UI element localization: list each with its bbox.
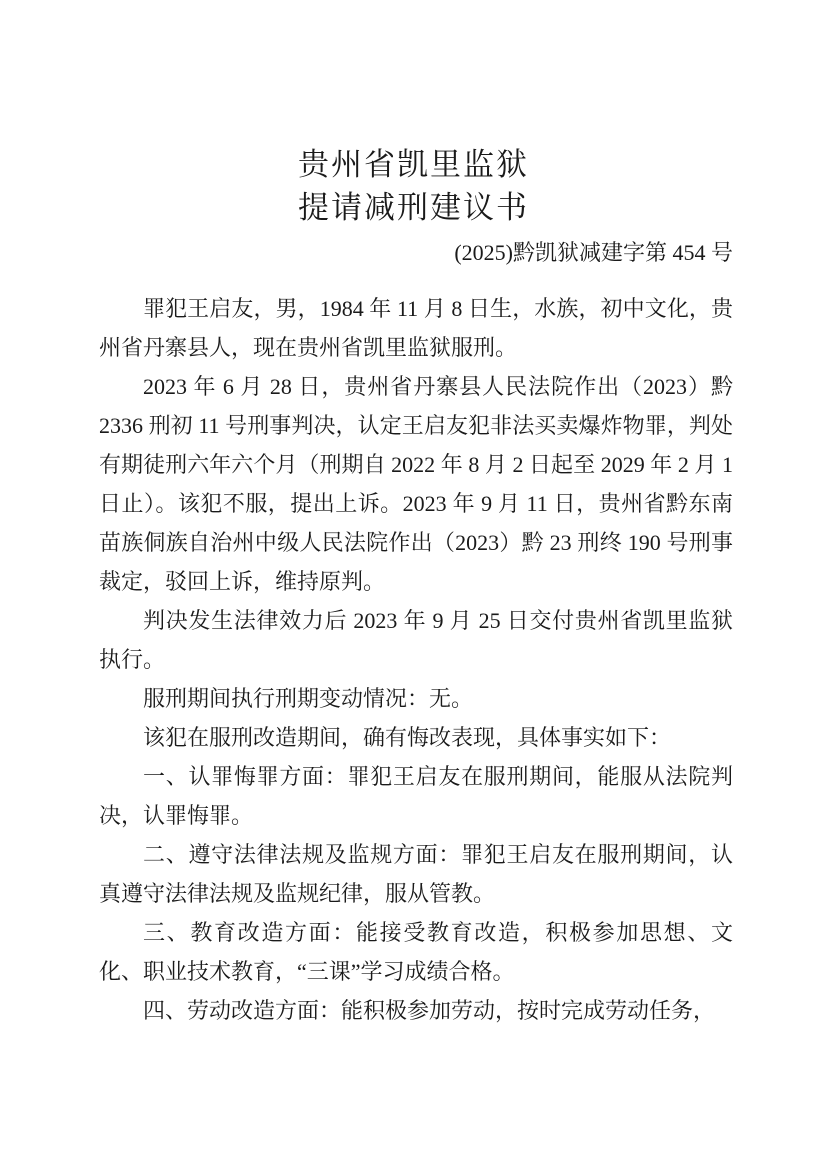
document-page: 贵州省凯里监狱 提请减刑建议书 (2025)黔凯狱减建字第 454 号 罪犯王启…	[0, 0, 827, 1169]
document-type-title: 提请减刑建议书	[0, 186, 827, 229]
paragraph-item-1-confession: 一、认罪悔罪方面：罪犯王启友在服刑期间，能服从法院判决，认罪悔罪。	[99, 757, 733, 835]
paragraph-delivery-execution: 判决发生法律效力后 2023 年 9 月 25 日交付贵州省凯里监狱执行。	[99, 601, 733, 679]
issuing-authority-title: 贵州省凯里监狱	[0, 143, 827, 186]
paragraph-term-change-status: 服刑期间执行刑期变动情况：无。	[99, 679, 733, 718]
paragraph-item-4-labor: 四、劳动改造方面：能积极参加劳动，按时完成劳动任务，	[99, 991, 733, 1030]
paragraph-item-3-education: 三、教育改造方面：能接受教育改造，积极参加思想、文化、职业技术教育，“三课”学习…	[99, 913, 733, 991]
paragraph-reform-intro: 该犯在服刑改造期间，确有悔改表现，具体事实如下：	[99, 718, 733, 757]
document-number: (2025)黔凯狱减建字第 454 号	[99, 238, 733, 268]
document-title-block: 贵州省凯里监狱 提请减刑建议书	[0, 143, 827, 229]
paragraph-offender-info: 罪犯王启友，男，1984 年 11 月 8 日生，水族，初中文化，贵州省丹寨县人…	[99, 289, 733, 367]
paragraph-item-2-discipline: 二、遵守法律法规及监规方面：罪犯王启友在服刑期间，认真遵守法律法规及监规纪律，服…	[99, 835, 733, 913]
document-body: 罪犯王启友，男，1984 年 11 月 8 日生，水族，初中文化，贵州省丹寨县人…	[99, 289, 733, 1030]
paragraph-judgment-history: 2023 年 6 月 28 日，贵州省丹寨县人民法院作出（2023）黔 2336…	[99, 367, 733, 601]
